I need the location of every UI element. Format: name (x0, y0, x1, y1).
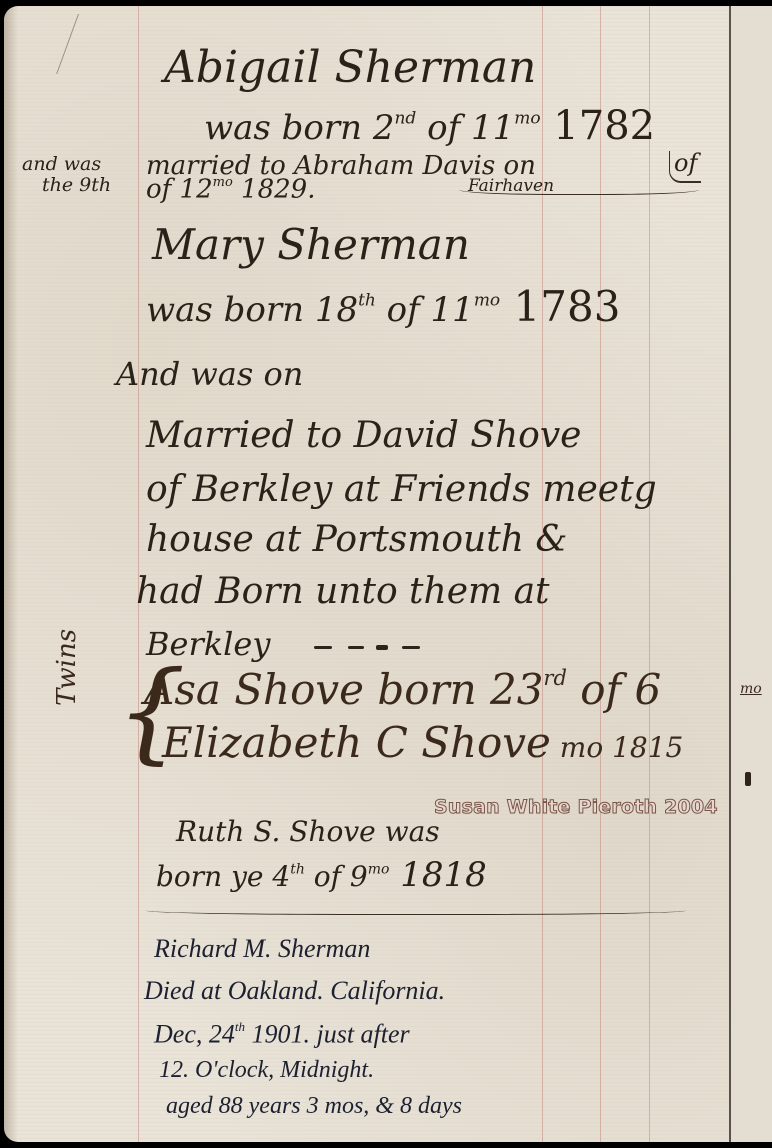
month-abbrev: mo (213, 175, 233, 190)
entry-heading-mary: Mary Sherman (152, 224, 470, 266)
divider-flourish (146, 904, 686, 915)
entry-mary-born-line: was born 18th of 11mo 1783 (146, 286, 620, 328)
entry-abigail-date-line: of 12mo 1829. (146, 176, 315, 203)
ordinal-suffix: th (358, 291, 376, 311)
margin-label-twins: Twins (54, 629, 80, 706)
entry-richard-line-3: Dec, 24th 1901. just after (154, 1020, 410, 1048)
underline-flourish (459, 182, 699, 195)
right-note-month: mo (740, 682, 762, 696)
entry-heading-abigail: Abigail Sherman (164, 46, 536, 90)
text-segment: mo 1815 (551, 731, 683, 764)
entry-twin-asa: Asa Shove born 23rd of 6 (144, 668, 661, 711)
dash-mark (402, 646, 420, 649)
month-abbrev: mo (474, 291, 500, 311)
text-segment: 1901. just after (245, 1020, 410, 1049)
year: 1782 (541, 103, 656, 149)
dash-mark (376, 645, 388, 650)
text-segment: Elizabeth C Shove (162, 718, 551, 767)
year: 1783 (500, 282, 620, 331)
month-abbrev: mo (514, 109, 540, 129)
text-segment: of 9 (305, 860, 368, 893)
entry-richard-line-5: aged 88 years 3 mos, & 8 days (166, 1094, 462, 1118)
ordinal-suffix: th (290, 861, 305, 877)
text-segment: Asa Shove born 23 (144, 665, 543, 714)
ordinal-suffix: th (235, 1019, 245, 1034)
text-segment: was born 18 (146, 290, 358, 330)
page-edge-shadow (4, 6, 18, 1142)
margin-note-line: and was (22, 154, 111, 175)
text-segment: Dec, 24 (154, 1020, 235, 1049)
entry-ruth-line-2: born ye 4th of 9mo 1818 (156, 858, 487, 892)
margin-note-line: the 9th (22, 175, 111, 196)
text-segment: of 11 (376, 290, 474, 330)
corner-fold-mark (22, 14, 79, 74)
dash-mark (348, 646, 364, 649)
column-rule-2 (600, 6, 601, 1142)
ordinal-suffix: rd (543, 666, 566, 690)
entry-mary-line-portsmouth: house at Portsmouth & (146, 522, 567, 558)
margin-note-and-was: and was the 9th (22, 154, 111, 196)
document-page: Abigail Sherman was born 2nd of 11mo 178… (4, 6, 772, 1142)
entry-ruth-line-1: Ruth S. Shove was (176, 818, 440, 846)
text-segment: of 12 (146, 175, 213, 205)
entry-abigail-born-line: was born 2nd of 11mo 1782 (204, 106, 655, 146)
entry-richard-line-1: Richard M. Sherman (154, 936, 370, 962)
binding-fold-line (729, 6, 731, 1142)
entry-mary-line-had-born: had Born unto them at (136, 574, 550, 610)
facing-page-strip (731, 6, 772, 1142)
entry-richard-line-2: Died at Oakland. California. (144, 978, 445, 1004)
month-abbrev: mo (368, 861, 390, 877)
boxed-word-of: of (669, 151, 701, 183)
dash-mark (314, 646, 332, 649)
entry-mary-line-berkley: of Berkley at Friends meetg (146, 472, 657, 508)
entry-mary-line-and-was-on: And was on (116, 358, 303, 390)
text-segment: was born 2 (204, 108, 394, 148)
text-segment: born ye 4 (156, 860, 290, 893)
year: 1818 (389, 855, 486, 895)
watermark-credit: Susan White Pieroth 2004 (434, 796, 718, 818)
ink-blot (745, 772, 751, 786)
entry-mary-line-married: Married to David Shove (146, 418, 581, 454)
text-segment: of 6 (567, 665, 661, 714)
entry-twin-elizabeth: Elizabeth C Shove mo 1815 (162, 722, 683, 764)
text-segment: 1829. (233, 175, 316, 205)
column-rule-3 (649, 6, 650, 1142)
text-segment: of 11 (416, 108, 514, 148)
entry-richard-line-4: 12. O'clock, Midnight. (159, 1058, 374, 1082)
ordinal-suffix: nd (394, 109, 416, 129)
